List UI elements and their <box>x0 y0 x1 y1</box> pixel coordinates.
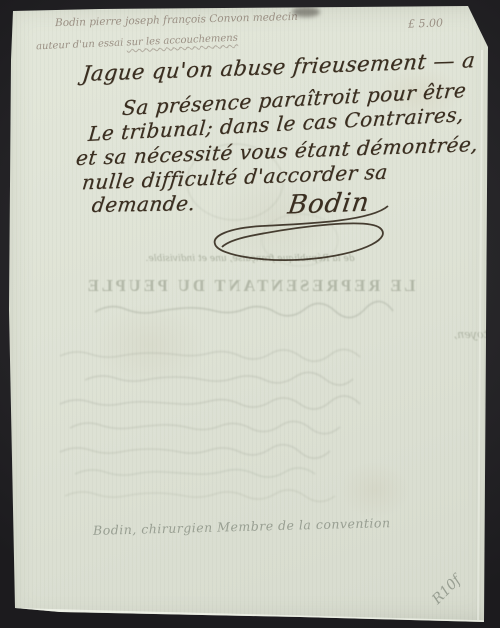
pencil-note-top-line2a: auteur d'un essai <box>36 37 127 52</box>
bleedthrough-script-squiggle <box>95 301 393 317</box>
pencil-note-top-line2: auteur d'un essai sur les accouchemens <box>36 33 238 53</box>
bleedthrough-title: LE REPRESENTANT DU PEUPLE <box>0 276 500 296</box>
pencil-note-price: £ 5.00 <box>408 16 443 30</box>
paper-edge-highlight-bottom <box>14 608 484 623</box>
bleedthrough-salutation: Citoyen, <box>0 328 500 341</box>
signature: Bodin <box>286 187 372 220</box>
pencil-note-identification: Bodin, chirurgien Membre de la conventio… <box>93 515 391 538</box>
letter-line-6: demande. <box>91 191 197 217</box>
bleedthrough-formula-line: de la République française, une et indiv… <box>0 254 500 264</box>
ink-smudge <box>292 7 320 17</box>
pencil-note-top-line2b: sur les accouchemens <box>126 33 238 49</box>
manuscript-sheet: Bodin pierre joseph françois Convon mede… <box>0 0 500 628</box>
pencil-shelf-mark: R10f <box>429 572 464 607</box>
photograph-backdrop: Bodin pierre joseph françois Convon mede… <box>0 0 500 628</box>
pencil-note-top-line1: Bodin pierre joseph françois Convon mede… <box>55 11 298 29</box>
